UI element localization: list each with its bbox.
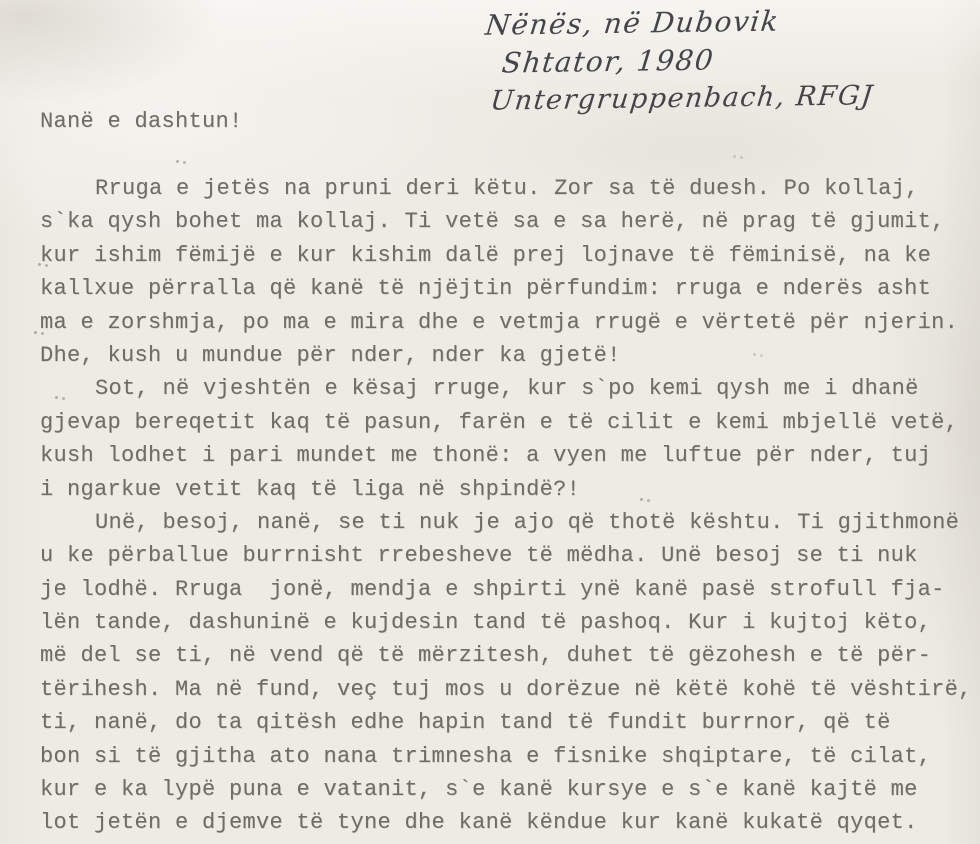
letter-line: lot jetën e djemve të tyne dhe kanë kënd… — [40, 806, 972, 839]
letter-line: u ke përballue burrnisht rrebesheve të m… — [40, 539, 972, 572]
letter-paper: Nënës, në Dubovik Shtator, 1980 Untergru… — [0, 0, 980, 844]
handwritten-line-addressee: Nënës, në Dubovik — [483, 1, 874, 44]
stray-dots — [55, 396, 58, 399]
letter-line: Rruga e jetës na pruni deri këtu. Zor sa… — [40, 172, 972, 205]
handwritten-line-date: Shtator, 1980 — [500, 39, 875, 82]
stray-dots — [34, 331, 37, 334]
letter-line: Dhe, kush u mundue për nder, nder ka gje… — [40, 339, 972, 372]
letter-line: ti, nanë, do ta qitësh edhe hapin tand t… — [40, 706, 972, 739]
letter-line: bon si të gjitha ato nana trimnesha e fi… — [40, 740, 972, 773]
stray-dots — [38, 263, 41, 266]
stray-dots — [640, 498, 643, 501]
letter-line: kur ishim fëmijë e kur kishim dalë prej … — [40, 239, 972, 272]
letter-line: i ngarkue vetit kaq të liga në shpindë?! — [40, 473, 972, 506]
salutation: Nanë e dashtun! — [40, 108, 243, 136]
letter-line: tërihesh. Ma në fund, veç tuj mos u dorë… — [40, 673, 972, 706]
stray-dots — [753, 353, 756, 356]
letter-line: kallxue përralla që kanë të njëjtin përf… — [40, 272, 972, 305]
letter-line: ma e zorshmja, po ma e mira dhe e vetmja… — [40, 306, 972, 339]
stray-dots — [733, 155, 736, 158]
letter-line: je lodhë. Rruga jonë, mendja e shpirti y… — [40, 573, 972, 606]
letter-line: Unë, besoj, nanë, se ti nuk je ajo që th… — [40, 506, 972, 539]
letter-line: Sot, në vjeshtën e kësaj rruge, kur s`po… — [40, 372, 972, 405]
letter-line: kur e ka lypë puna e vatanit, s`e kanë k… — [40, 773, 972, 806]
letter-line: lën tande, dashuninë e kujdesin tand të … — [40, 606, 972, 639]
paragraph-1: Rruga e jetës na pruni deri këtu. Zor sa… — [40, 172, 972, 372]
letter-line: kush lodhet i pari mundet me thonë: a vy… — [40, 439, 972, 472]
letter-line: s`ka qysh bohet ma kollaj. Ti vetë sa e … — [40, 205, 972, 238]
handwritten-note: Nënës, në Dubovik Shtator, 1980 Untergru… — [485, 1, 873, 120]
paragraph-2: Sot, në vjeshtën e kësaj rruge, kur s`po… — [40, 372, 972, 506]
letter-line: gjevap bereqetit kaq të pasun, farën e t… — [40, 406, 972, 439]
letter-body: Rruga e jetës na pruni deri këtu. Zor sa… — [40, 172, 972, 840]
letter-line: më del se ti, në vend që të mërzitesh, d… — [40, 639, 972, 672]
stray-dots — [176, 160, 179, 163]
paragraph-3: Unë, besoj, nanë, se ti nuk je ajo që th… — [40, 506, 972, 840]
handwritten-line-place: Untergruppenbach, RFGJ — [488, 77, 875, 120]
